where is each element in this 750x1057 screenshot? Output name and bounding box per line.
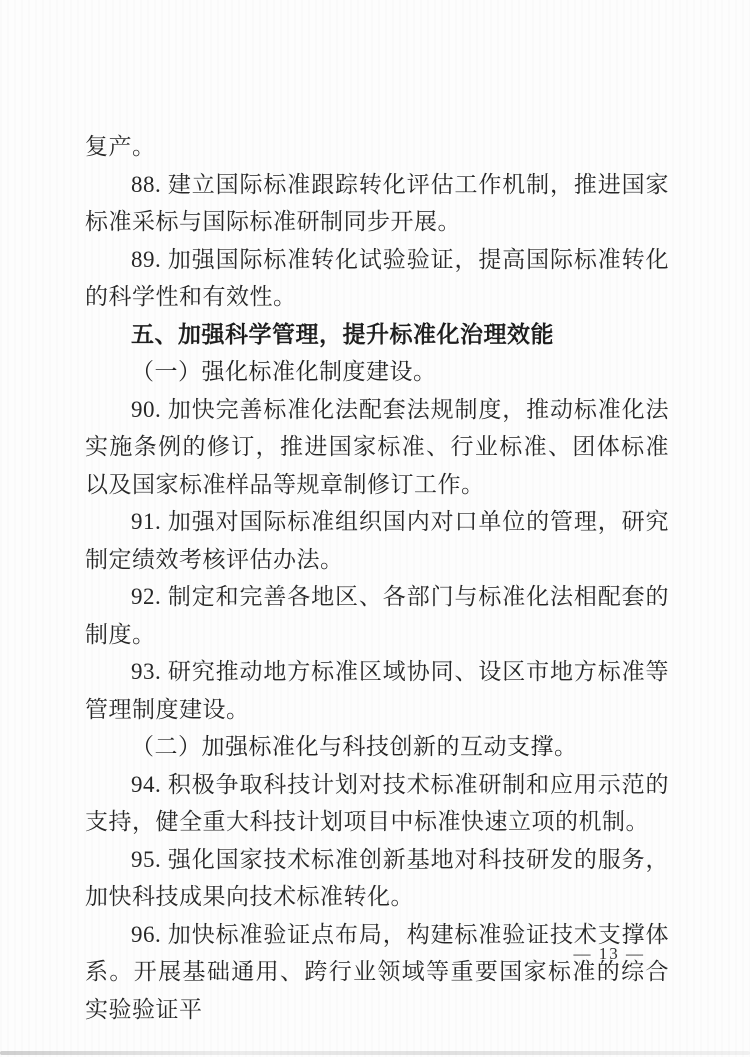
paragraph-item-88: 88. 建立国际标准跟踪转化评估工作机制，推进国家标准采标与国际标准研制同步开展… [85,166,669,241]
document-body: 复产。 88. 建立国际标准跟踪转化评估工作机制，推进国家标准采标与国际标准研制… [85,128,669,1028]
paragraph-item-96: 96. 加快标准验证点布局，构建标准验证技术支撑体系。开展基础通用、跨行业领域等… [85,916,669,1029]
paragraph-item-91: 91. 加强对国际标准组织国内对口单位的管理，研究制定绩效考核评估办法。 [85,503,669,578]
paragraph-continuation: 复产。 [85,128,669,166]
scan-artifact-bottom-edge [0,1051,750,1055]
section-heading-5: 五、加强科学管理，提升标准化治理效能 [85,316,669,354]
subsection-heading-2: （二）加强标准化与科技创新的互动支撑。 [85,728,669,766]
document-page: 复产。 88. 建立国际标准跟踪转化评估工作机制，推进国家标准采标与国际标准研制… [0,0,750,1057]
paragraph-item-95: 95. 强化国家技术标准创新基地对科技研发的服务，加快科技成果向技术标准转化。 [85,841,669,916]
subsection-heading-1: （一）强化标准化制度建设。 [85,353,669,391]
paragraph-item-90: 90. 加快完善标准化法配套法规制度，推动标准化法实施条例的修订，推进国家标准、… [85,391,669,504]
page-number: — 13 — [574,944,646,964]
paragraph-item-89: 89. 加强国际标准转化试验验证，提高国际标准转化的科学性和有效性。 [85,241,669,316]
paragraph-item-94: 94. 积极争取科技计划对技术标准研制和应用示范的支持，健全重大科技计划项目中标… [85,766,669,841]
paragraph-item-93: 93. 研究推动地方标准区域协同、设区市地方标准等管理制度建设。 [85,653,669,728]
paragraph-item-92: 92. 制定和完善各地区、各部门与标准化法相配套的制度。 [85,578,669,653]
